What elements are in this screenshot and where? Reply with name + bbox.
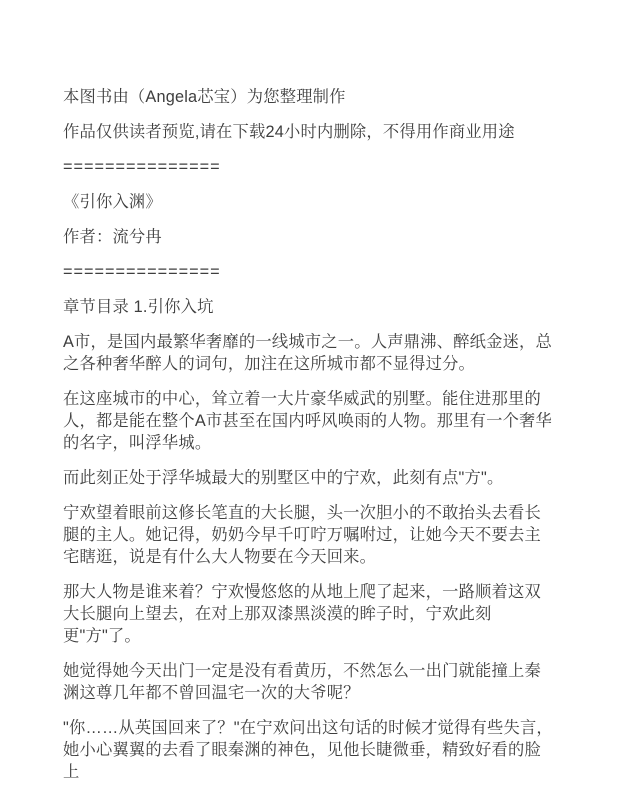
paragraph: 宁欢望着眼前这修长笔直的大长腿，头一次胆小的不敢抬头去看长腿的主人。她记得，奶奶… — [63, 502, 557, 568]
author-line: 作者：流兮冉 — [63, 226, 557, 248]
paragraph: 她觉得她今天出门一定是没有看黄历，不然怎么一出门就能撞上秦渊这尊几年都不曾回温宅… — [63, 660, 557, 704]
credit-line: 本图书由（Angela芯宝）为您整理制作 — [63, 86, 557, 108]
usage-notice: 作品仅供读者预览,请在下载24小时内删除，不得用作商业用途 — [63, 121, 557, 143]
paragraph: 而此刻正处于浮华城最大的别墅区中的宁欢，此刻有点"方"。 — [63, 467, 557, 489]
paragraph: A市，是国内最繁华奢靡的一线城市之一。人声鼎沸、醉纸金迷，总之各种奢华醉人的词句… — [63, 331, 557, 375]
paragraph: 在这座城市的中心，耸立着一大片豪华威武的别墅。能住进那里的人，都是能在整个A市甚… — [63, 388, 557, 454]
book-title: 《引你入渊》 — [63, 191, 557, 213]
paragraph: 那大人物是谁来着？宁欢慢悠悠的从地上爬了起来，一路顺着这双大长腿向上望去，在对上… — [63, 581, 557, 647]
paragraph: "你……从英国回来了？"在宁欢问出这句话的时候才觉得有些失言，她小心翼翼的去看了… — [63, 717, 557, 783]
chapter-heading: 章节目录 1.引你入坑 — [63, 296, 557, 318]
ebook-page: 本图书由（Angela芯宝）为您整理制作 作品仅供读者预览,请在下载24小时内删… — [0, 0, 619, 799]
separator-mid: =============== — [63, 261, 557, 283]
separator-top: =============== — [63, 156, 557, 178]
